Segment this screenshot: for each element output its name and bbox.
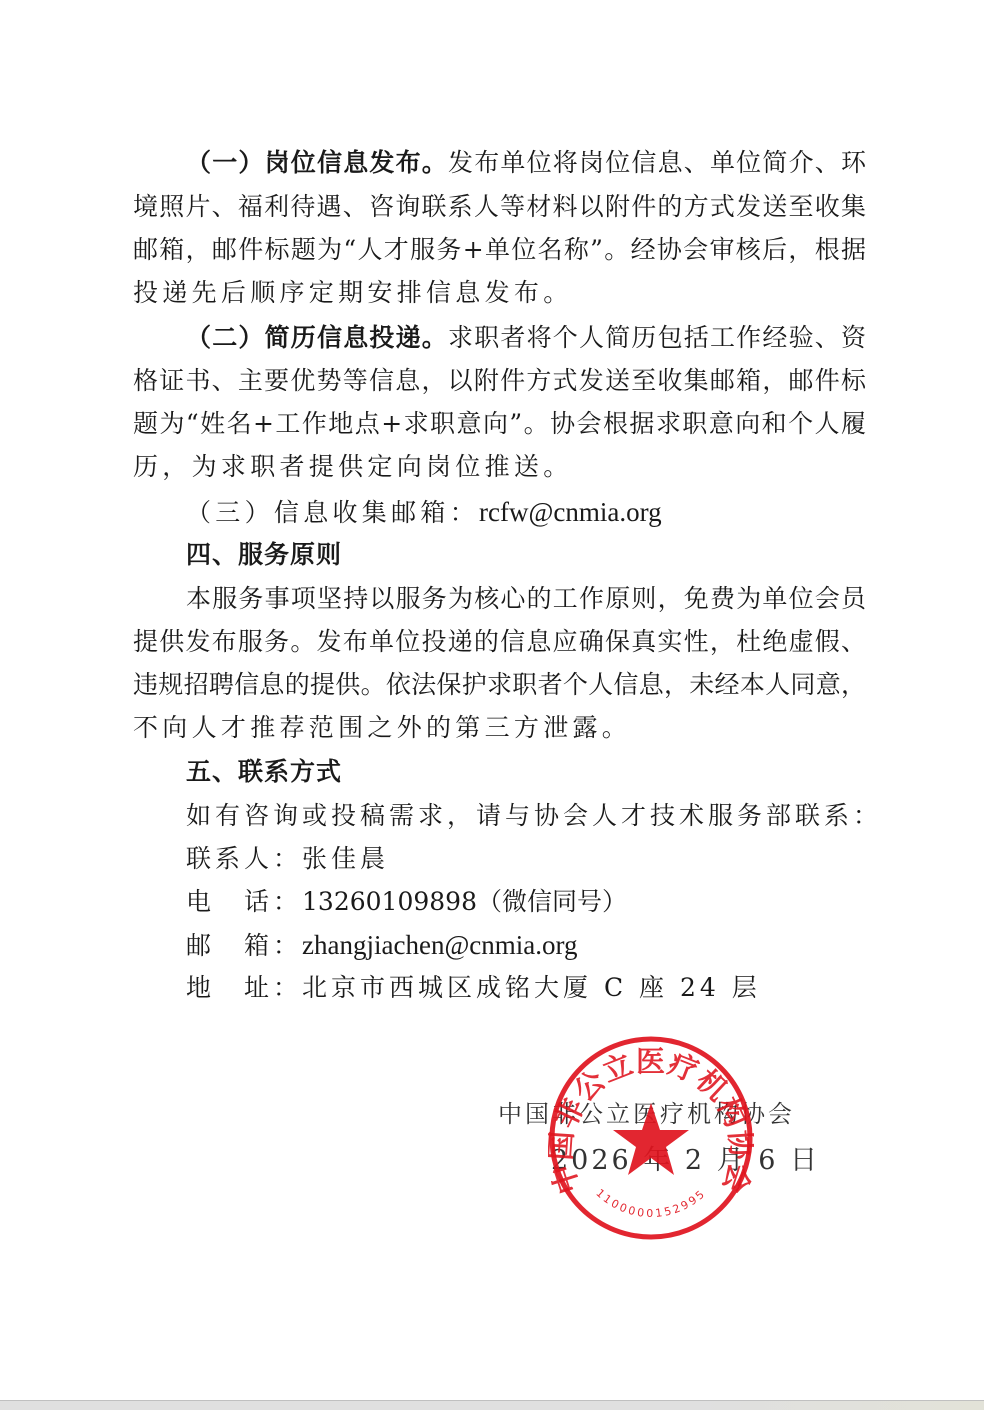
item-1-line-3: 邮箱，邮件标题为“人才服务+单位名称”。经协会审核后，根据	[133, 230, 866, 270]
item-2-line-2: 格证书、主要优势等信息，以附件方式发送至收集邮箱，邮件标	[133, 361, 866, 401]
signature-date: 2026 年 2 月 6 日	[551, 1138, 820, 1177]
collection-email[interactable]: rcfw@cnmia.org	[479, 497, 662, 527]
item-2-line-3: 题为“姓名+工作地点+求职意向”。协会根据求职意向和个人履	[133, 404, 866, 444]
section-4-line-4: 不向人才推荐范围之外的第三方泄露。	[133, 708, 866, 748]
section-4-line-2: 提供发布服务。发布单位投递的信息应确保真实性，杜绝虚假、	[133, 622, 866, 662]
item-2-line-4: 历，为求职者提供定向岗位推送。	[133, 447, 866, 487]
contact-person-value: 张佳晨	[302, 844, 389, 873]
section-4-line-3: 违规招聘信息的提供。依法保护求职者个人信息，未经本人同意，	[133, 665, 866, 705]
contact-address-label: 地 址：	[186, 973, 302, 1002]
contact-person: 联系人：张佳晨	[186, 839, 866, 879]
contact-email-label: 邮 箱：	[186, 931, 302, 960]
document-page: （一）岗位信息发布。发布单位将岗位信息、单位简介、环 境照片、福利待遇、咨询联系…	[0, 0, 984, 1400]
contact-phone-label: 电 话：	[186, 887, 302, 916]
contact-person-label: 联系人：	[186, 844, 302, 873]
item-3-label: （三）信息收集邮箱：	[186, 498, 479, 527]
section-5-heading: 五、联系方式	[186, 752, 866, 792]
contact-address-value: 北京市西城区成铭大厦 C 座 24 层	[302, 973, 761, 1002]
item-1-line-2: 境照片、福利待遇、咨询联系人等材料以附件的方式发送至收集	[133, 187, 866, 227]
signature-organization: 中国非公立医疗机构协会	[498, 1094, 795, 1129]
contact-address: 地 址：北京市西城区成铭大厦 C 座 24 层	[186, 968, 866, 1008]
section-4-heading: 四、服务原则	[186, 535, 866, 575]
contact-email-value[interactable]: zhangjiachen@cnmia.org	[302, 930, 578, 960]
item-2-line-1: （二）简历信息投递。求职者将个人简历包括工作经验、资	[186, 318, 866, 358]
section-5-intro: 如有咨询或投稿需求，请与协会人才技术服务部联系：	[186, 796, 866, 836]
item-1-line-1: （一）岗位信息发布。发布单位将岗位信息、单位简介、环	[186, 143, 866, 183]
item-1-label: （一）岗位信息发布。	[186, 148, 448, 177]
contact-email: 邮 箱：zhangjiachen@cnmia.org	[186, 925, 866, 965]
contact-phone-value[interactable]: 13260109898（微信同号）	[302, 887, 627, 916]
viewer-bottom-bar	[0, 1400, 984, 1410]
item-2-label: （二）简历信息投递。	[186, 323, 448, 352]
svg-text:1100000152995: 1100000152995	[593, 1186, 708, 1220]
section-4-line-1: 本服务事项坚持以服务为核心的工作原则，免费为单位会员	[186, 579, 866, 619]
contact-phone: 电 话：13260109898（微信同号）	[186, 882, 866, 922]
item-1-line-4: 投递先后顺序定期安排信息发布。	[133, 273, 866, 313]
item-3-line: （三）信息收集邮箱：rcfw@cnmia.org	[186, 492, 866, 532]
